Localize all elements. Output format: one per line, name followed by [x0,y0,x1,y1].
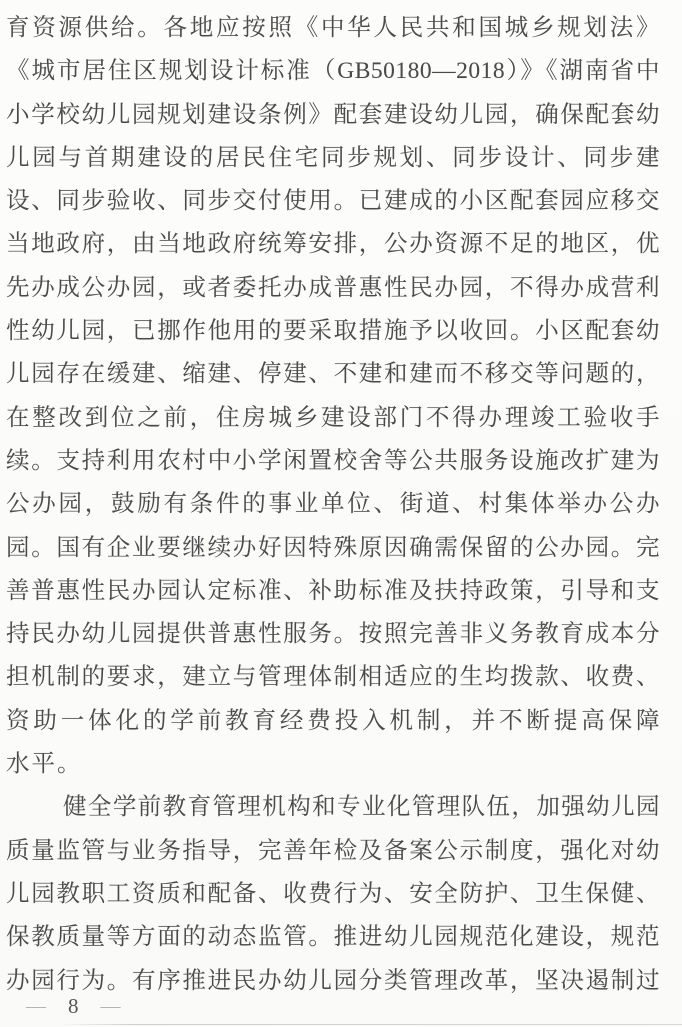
text-line: 公办园，鼓励有条件的事业单位、街道、村集体举办公办 [6,483,660,526]
scan-edge-artifact [58,1024,682,1025]
text-line: 质量监管与业务指导，完善年检及备案公示制度，强化对幼 [6,830,660,873]
document-body-text: 育资源供给。各地应按照《中华人民共和国城乡规划法》《城市居住区规划设计标准（GB… [6,7,660,1003]
text-line: 园。国有企业要继续办好因特殊原因确需保留的公办园。完 [6,527,660,570]
text-line: 育资源供给。各地应按照《中华人民共和国城乡规划法》 [6,7,660,50]
text-line: 持民办幼儿园提供普惠性服务。按照完善非义务教育成本分 [6,613,660,656]
text-line: 当地政府，由当地政府统筹安排，公办资源不足的地区，优 [6,223,660,266]
text-line: 儿园教职工资质和配备、收费行为、安全防护、卫生保健、 [6,873,660,916]
text-line: 资助一体化的学前教育经费投入机制，并不断提高保障 [6,700,660,743]
text-line: 续。支持利用农村中小学闲置校舍等公共服务设施改扩建为 [6,440,660,483]
text-line: 设、同步验收、同步交付使用。已建成的小区配套园应移交 [6,180,660,223]
text-line: 担机制的要求，建立与管理体制相适应的生均拨款、收费、 [6,656,660,699]
footer-dash-right: — [101,995,121,1018]
text-line: 保教质量等方面的动态监管。推进幼儿园规范化建设，规范 [6,916,660,959]
text-line: 先办成公办园，或者委托办成普惠性民办园，不得办成营利 [6,267,660,310]
text-line: 《城市居住区规划设计标准（GB50180—2018）》《湖南省中 [6,50,660,93]
page-number: 8 [68,994,79,1019]
text-line: 儿园存在缓建、缩建、停建、不建和建而不移交等问题的， [6,353,660,396]
page-footer: — 8 — [26,994,121,1019]
text-line: 性幼儿园，已挪作他用的要采取措施予以收回。小区配套幼 [6,310,660,353]
scanned-document-page: 育资源供给。各地应按照《中华人民共和国城乡规划法》《城市居住区规划设计标准（GB… [0,0,682,1027]
text-line: 小学校幼儿园规划建设条例》配套建设幼儿园，确保配套幼 [6,94,660,137]
text-line: 儿园与首期建设的居民住宅同步规划、同步设计、同步建 [6,137,660,180]
footer-dash-left: — [26,995,46,1018]
text-line: 在整改到位之前，住房城乡建设部门不得办理竣工验收手 [6,397,660,440]
text-line: 水平。 [6,743,660,786]
text-line: 健全学前教育管理机构和专业化管理队伍，加强幼儿园 [6,786,660,829]
text-line: 善普惠性民办园认定标准、补助标准及扶持政策，引导和支 [6,570,660,613]
